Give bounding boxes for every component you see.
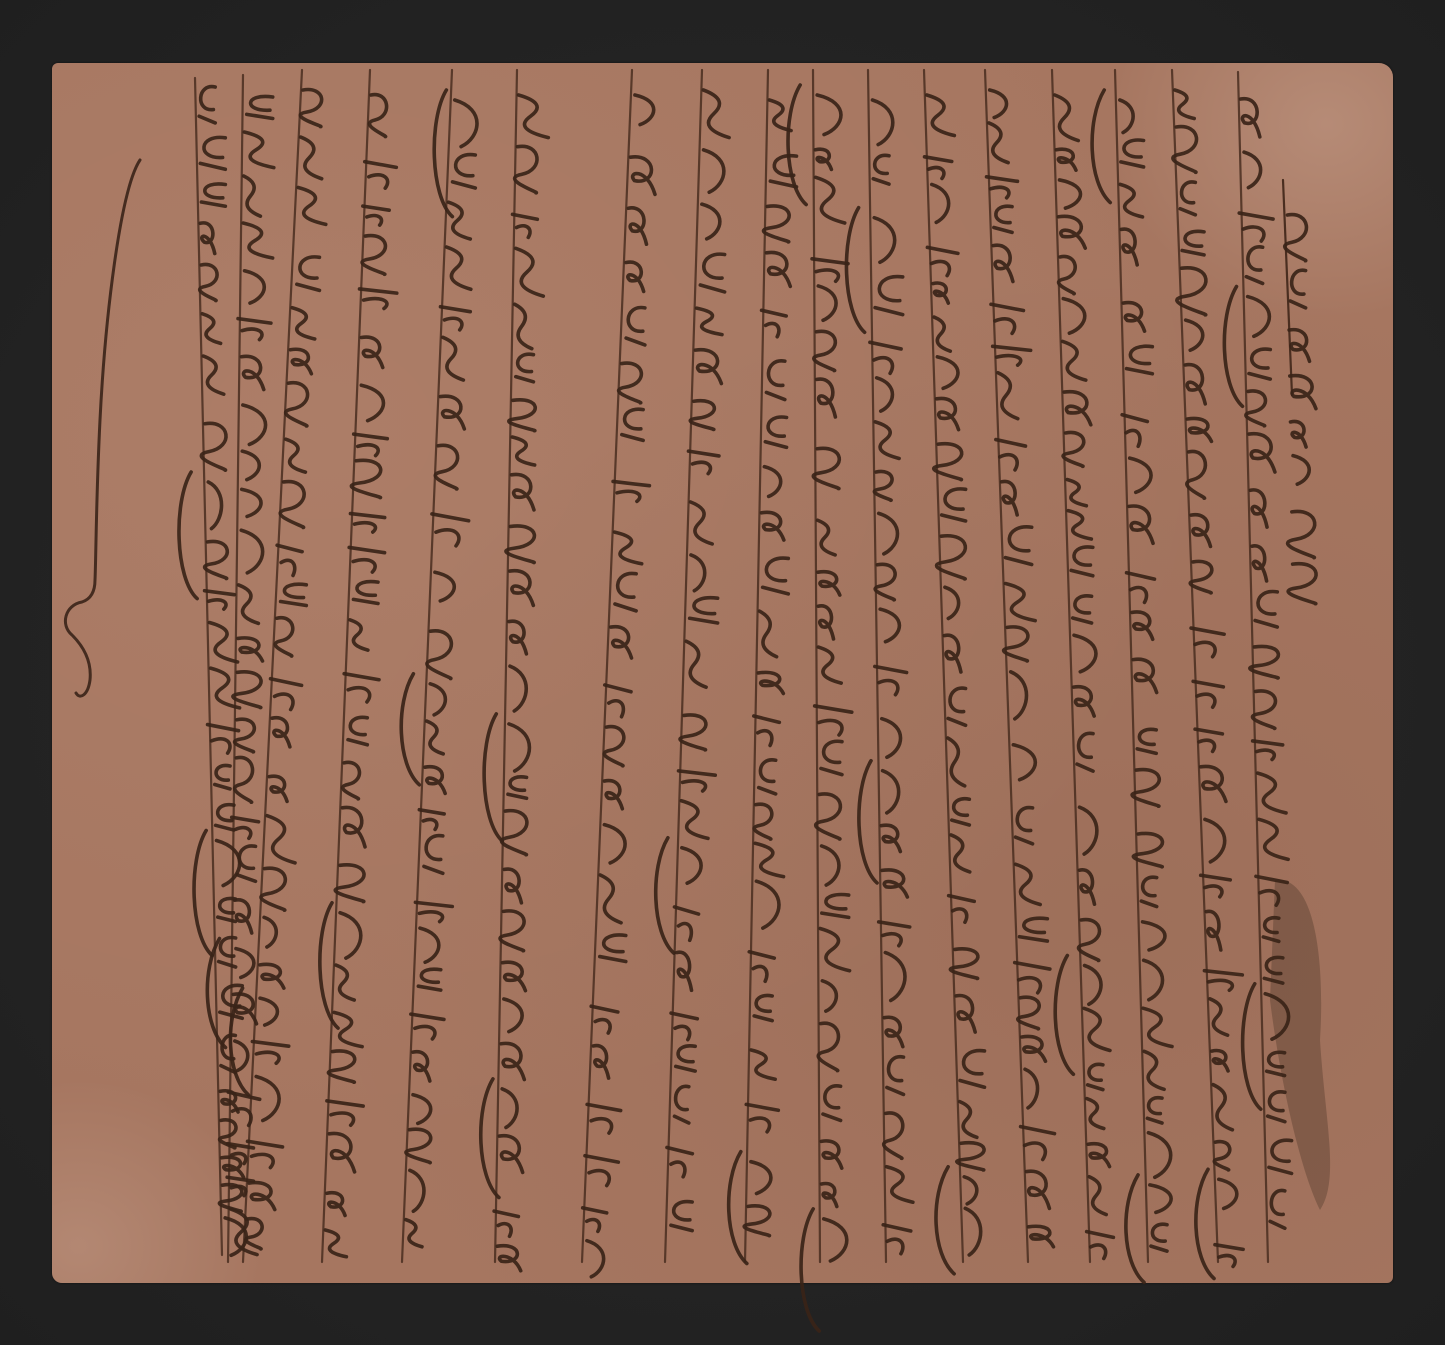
handwritten-glyph: [516, 248, 544, 296]
handwritten-glyph: [453, 155, 476, 188]
handwritten-glyph: [179, 472, 222, 599]
handwritten-glyph: [247, 96, 273, 118]
handwritten-glyph: [677, 952, 692, 990]
handwritten-glyph: [238, 319, 271, 340]
handwritten-glyph: [235, 719, 255, 752]
handwritten-glyph: [1144, 960, 1163, 999]
handwritten-glyph: [671, 1013, 697, 1040]
handwritten-glyph: [1255, 592, 1277, 627]
handwritten-glyph: [1187, 451, 1206, 498]
handwritten-glyph: [245, 271, 265, 303]
handwritten-glyph: [604, 825, 625, 863]
handwritten-glyph: [292, 308, 314, 339]
handwritten-glyph: [202, 314, 220, 344]
handwritten-glyph: [448, 202, 470, 239]
handwritten-glyph: [821, 741, 842, 774]
handwritten-glyph: [754, 716, 780, 745]
handwritten-glyph: [1141, 877, 1156, 906]
handwritten-glyph: [702, 204, 720, 239]
handwritten-glyph: [1241, 99, 1260, 137]
handwritten-glyph: [215, 765, 230, 788]
handwritten-glyph: [241, 356, 263, 389]
handwritten-glyph: [816, 794, 841, 839]
handwritten-glyph: [767, 252, 791, 286]
handwritten-glyph: [937, 357, 958, 389]
handwritten-glyph: [932, 184, 949, 222]
handwritten-glyph: [818, 286, 836, 320]
handwritten-glyph: [873, 155, 889, 184]
handwritten-glyph: [504, 869, 521, 903]
handwritten-glyph: [506, 526, 534, 563]
handwritten-glyph: [361, 337, 382, 367]
handwritten-glyph: [765, 417, 786, 447]
handwritten-glyph: [759, 760, 776, 794]
handwritten-glyph: [760, 611, 777, 657]
handwritten-glyph: [1285, 215, 1307, 261]
handwritten-glyph: [1055, 95, 1078, 141]
handwritten-glyph: [1191, 628, 1224, 657]
handwritten-glyph: [413, 1095, 431, 1124]
handwritten-glyph: [1073, 596, 1092, 623]
handwritten-glyph: [818, 606, 833, 639]
handwritten-glyph: [1129, 506, 1153, 543]
handwritten-glyph: [425, 767, 445, 794]
handwritten-glyph: [1239, 213, 1273, 241]
handwritten-glyph: [818, 1023, 838, 1070]
handwritten-glyph: [600, 935, 626, 962]
handwritten-glyph: [1201, 875, 1231, 897]
handwritten-glyph: [690, 598, 718, 623]
handwritten-glyph: [1074, 687, 1095, 716]
handwritten-glyph: [927, 247, 957, 275]
handwritten-glyph: [628, 208, 646, 244]
handwritten-glyph: [420, 928, 439, 962]
handwritten-glyph: [815, 149, 831, 169]
handwritten-glyph: [286, 439, 306, 472]
handwritten-glyph: [349, 547, 384, 572]
handwritten-glyph: [432, 514, 469, 546]
handwritten-glyph: [365, 162, 397, 188]
handwritten-glyph: [1132, 612, 1153, 639]
handwritten-glyph: [1148, 1133, 1170, 1178]
handwritten-glyph: [1147, 1098, 1162, 1123]
handwritten-glyph: [1002, 481, 1017, 515]
handwritten-glyph: [1020, 918, 1048, 941]
handwritten-glyph: [362, 236, 385, 275]
handwritten-glyph: [1025, 1069, 1037, 1108]
handwritten-glyph: [1133, 659, 1156, 692]
handwritten-glyph: [879, 922, 910, 946]
handwritten-glyph: [675, 1086, 689, 1123]
handwritten-glyph: [205, 541, 228, 578]
handwritten-glyph: [1143, 922, 1165, 950]
handwritten-glyph: [697, 308, 722, 334]
handwritten-glyph: [1005, 527, 1031, 565]
handwritten-glyph: [290, 349, 311, 374]
handwritten-glyph: [667, 1147, 692, 1176]
handwritten-glyph: [1121, 229, 1137, 265]
handwritten-glyph: [199, 87, 215, 123]
handwritten-glyph: [756, 881, 779, 928]
handwriting-column: [656, 90, 729, 1231]
handwritten-glyph: [695, 350, 721, 384]
handwritten-glyph: [680, 715, 706, 750]
handwritten-glyph: [1064, 392, 1091, 425]
handwritten-glyph: [631, 157, 655, 195]
handwritten-glyph: [758, 672, 783, 693]
handwritten-glyph: [991, 304, 1023, 333]
handwritten-glyph: [1011, 672, 1027, 719]
handwritten-text-columns: [179, 85, 1292, 1331]
handwritten-glyph: [1087, 1099, 1104, 1129]
handwritten-glyph: [443, 337, 464, 380]
handwritten-glyph: [1084, 1008, 1110, 1050]
handwritten-glyph: [510, 666, 526, 711]
handwritten-glyph: [272, 718, 290, 747]
handwritten-glyph: [1068, 511, 1091, 539]
handwritten-glyph: [200, 264, 217, 300]
handwritten-glyph: [233, 672, 261, 708]
handwritten-glyph: [887, 1057, 904, 1095]
handwritten-glyph: [1290, 270, 1305, 308]
handwritten-glyph: [1205, 819, 1225, 861]
handwritten-glyph: [822, 1184, 837, 1207]
handwritten-glyph: [201, 423, 226, 470]
handwritten-glyph: [350, 514, 384, 532]
handwritten-glyph: [411, 1014, 444, 1039]
handwritten-glyph: [1213, 1085, 1232, 1130]
handwritten-glyph: [200, 137, 225, 169]
handwritten-glyph: [1088, 1064, 1103, 1089]
handwritten-glyph: [933, 283, 948, 303]
handwritten-glyph: [1063, 299, 1084, 334]
handwritten-glyph: [264, 917, 276, 947]
handwritten-glyph: [1056, 149, 1076, 170]
handwritten-glyph: [755, 843, 783, 876]
handwritten-glyph: [512, 437, 534, 465]
handwritten-glyph: [875, 564, 895, 600]
handwritten-glyph: [243, 405, 266, 444]
ruled-line: [665, 70, 702, 1262]
handwritten-glyph: [948, 688, 965, 725]
handwritten-glyph: [512, 474, 534, 509]
handwritten-glyph: [880, 609, 899, 642]
handwritten-glyph: [751, 1050, 775, 1079]
handwritten-glyph: [1269, 1140, 1292, 1173]
handwritten-glyph: [277, 545, 302, 575]
handwritten-glyph: [1289, 330, 1309, 362]
handwritten-glyph: [241, 530, 262, 573]
handwritten-glyph: [335, 865, 364, 902]
handwritten-glyph: [267, 816, 295, 863]
handwritten-glyph: [427, 631, 451, 679]
handwritten-glyph: [1077, 733, 1093, 771]
handwritten-glyph: [261, 868, 285, 910]
handwritten-glyph: [754, 995, 772, 1020]
handwritten-glyph: [626, 308, 645, 345]
handwritten-glyph: [993, 346, 1031, 365]
handwritten-glyph: [936, 1167, 977, 1274]
handwritten-glyph: [242, 451, 259, 480]
handwritten-glyph: [1212, 1051, 1228, 1071]
handwritten-glyph: [1191, 515, 1210, 547]
handwritten-glyph: [875, 277, 903, 315]
handwritten-glyph: [1004, 627, 1028, 661]
handwritten-glyph: [987, 177, 1018, 198]
handwritten-glyph: [1059, 216, 1086, 248]
handwritten-glyph: [1175, 90, 1194, 119]
handwritten-glyph: [406, 1129, 431, 1163]
handwritten-glyph: [510, 571, 534, 606]
handwritten-glyph: [440, 396, 464, 429]
handwritten-glyph: [703, 90, 729, 138]
handwritten-glyph: [619, 363, 642, 403]
handwritten-glyph: [239, 585, 259, 623]
handwritten-glyph: [998, 373, 1018, 419]
handwritten-glyph: [1185, 365, 1205, 404]
handwritten-glyph: [327, 1193, 345, 1216]
handwritten-glyph: [952, 799, 970, 825]
handwritten-glyph: [1253, 741, 1283, 760]
handwritten-glyph: [235, 1041, 248, 1070]
handwritten-glyph: [690, 401, 714, 430]
handwritten-glyph: [823, 1086, 841, 1121]
handwritten-glyph: [1130, 458, 1151, 492]
handwritten-glyph: [1201, 766, 1226, 801]
handwritten-glyph: [413, 1052, 430, 1081]
handwritten-glyph: [361, 385, 383, 420]
handwritten-glyph: [1074, 635, 1096, 672]
handwritten-glyph: [301, 137, 322, 179]
handwritten-glyph: [503, 962, 526, 990]
handwritten-glyph: [248, 1141, 283, 1167]
handwritten-glyph: [447, 247, 471, 289]
handwritten-glyph: [1259, 819, 1288, 859]
handwritten-glyph: [354, 434, 388, 455]
handwritten-glyph: [681, 801, 708, 839]
handwritten-glyph: [519, 95, 549, 138]
handwritten-glyph: [611, 627, 632, 658]
handwritten-glyph: [1250, 490, 1267, 527]
handwritten-glyph: [363, 206, 389, 225]
handwritten-glyph: [587, 1104, 621, 1133]
handwritten-glyph: [604, 781, 622, 809]
handwritten-glyph: [764, 206, 790, 242]
handwritten-glyph: [513, 214, 538, 237]
ruled-line: [195, 78, 222, 1255]
handwritten-glyph: [1079, 920, 1100, 961]
handwritten-glyph: [1126, 1175, 1171, 1282]
handwritten-glyph: [435, 572, 454, 601]
handwritten-glyph: [691, 502, 713, 544]
handwritten-glyph: [948, 738, 965, 786]
handwritten-glyph: [348, 717, 367, 744]
handwritten-glyph: [1015, 963, 1050, 993]
handwritten-glyph: [884, 1017, 903, 1046]
handwritten-glyph: [674, 907, 698, 940]
handwritten-glyph: [945, 587, 959, 618]
handwritten-glyph: [1193, 681, 1223, 707]
handwritten-glyph: [494, 1211, 518, 1236]
handwritten-glyph: [994, 206, 1012, 232]
handwriting-column: [846, 100, 912, 1254]
handwritten-glyph: [817, 379, 836, 417]
handwritten-glyph: [209, 623, 237, 662]
handwritten-glyph: [1270, 1191, 1285, 1229]
handwritten-glyph: [600, 875, 621, 923]
handwritten-glyph: [583, 1208, 607, 1232]
handwritten-glyph: [249, 1183, 275, 1210]
handwritten-glyph: [613, 481, 649, 501]
handwritten-glyph: [1089, 1177, 1106, 1215]
handwritten-glyph: [269, 776, 287, 801]
handwritten-glyph: [925, 157, 952, 179]
handwritten-glyph: [252, 1042, 288, 1064]
handwritten-glyph: [1246, 247, 1262, 284]
handwritten-glyph: [1252, 546, 1267, 581]
handwriting-column: [583, 95, 655, 1277]
handwritten-glyph: [329, 1133, 354, 1171]
ruled-line: [745, 70, 768, 1262]
handwritten-glyph: [1268, 1092, 1285, 1122]
handwriting-column: [481, 95, 549, 1271]
handwritten-glyph: [1182, 231, 1204, 255]
handwritten-glyph: [497, 1246, 520, 1271]
handwritten-glyph: [1067, 480, 1086, 506]
handwritten-glyph: [343, 762, 360, 798]
handwritten-glyph: [704, 150, 724, 192]
ruled-line: [322, 70, 370, 1262]
handwritten-glyph: [342, 807, 365, 846]
handwritten-glyph: [1215, 1245, 1243, 1267]
handwritten-glyph: [1246, 391, 1266, 426]
handwritten-glyph: [822, 895, 849, 918]
handwriting-column: [1173, 90, 1243, 1278]
handwritten-glyph: [990, 90, 1007, 118]
handwritten-glyph: [1290, 376, 1316, 409]
handwritten-glyph: [1016, 864, 1041, 904]
handwritten-glyph: [615, 532, 642, 564]
handwritten-glyph: [1059, 256, 1076, 293]
handwritten-glyph: [1151, 1224, 1167, 1251]
handwritten-glyph: [1055, 955, 1101, 1074]
handwritten-glyph: [746, 1104, 778, 1131]
handwritten-glyph: [1022, 1036, 1046, 1061]
handwritten-glyph: [515, 304, 532, 348]
ruled-line: [582, 70, 632, 1262]
handwritten-glyph: [1190, 561, 1212, 592]
handwritten-glyph: [300, 90, 321, 127]
handwritten-glyph: [1123, 303, 1144, 332]
handwritten-glyph: [937, 398, 959, 429]
handwritten-glyph: [821, 1141, 842, 1168]
handwritten-glyph: [818, 572, 840, 595]
handwritten-glyph: [1143, 1008, 1172, 1046]
handwritten-glyph: [676, 1046, 695, 1071]
handwritten-glyph: [1080, 807, 1097, 854]
handwritten-glyph: [297, 257, 320, 291]
handwritten-glyph: [956, 996, 975, 1033]
handwritten-glyph: [360, 289, 397, 309]
ruled-lines: [195, 70, 1268, 1262]
handwriting-column: [230, 90, 325, 1249]
handwritten-glyph: [435, 445, 457, 489]
handwritten-glyph: [1288, 564, 1316, 604]
handwritten-glyph: [1016, 808, 1033, 844]
handwritten-glyph: [1063, 432, 1084, 466]
handwritten-glyph: [1006, 584, 1036, 621]
handwritten-glyph: [989, 123, 1008, 163]
handwritten-glyph: [604, 727, 624, 766]
signature-flourish: [65, 160, 140, 696]
handwritten-glyph: [275, 618, 292, 656]
handwritten-glyph: [271, 679, 302, 710]
handwritten-glyph: [1144, 1051, 1164, 1089]
handwritten-glyph: [260, 964, 284, 988]
handwritten-glyph: [951, 835, 970, 872]
handwritten-glyph: [744, 1206, 770, 1236]
handwritten-glyph: [679, 771, 716, 791]
handwritten-glyph: [605, 685, 631, 717]
handwritten-glyph: [1180, 182, 1195, 215]
handwritten-glyph: [344, 674, 379, 702]
handwritten-glyph: [813, 448, 839, 488]
handwritten-glyph: [508, 777, 527, 798]
handwritten-glyph: [942, 489, 966, 521]
handwritten-glyph: [944, 635, 961, 672]
handwritten-glyph: [427, 721, 444, 754]
handwritten-glyph: [818, 647, 841, 683]
handwritten-glyph: [820, 928, 850, 970]
ruled-line: [813, 70, 820, 1262]
handwritten-glyph: [957, 1143, 984, 1170]
handwritten-glyph: [369, 95, 386, 137]
handwritten-glyph: [1214, 1142, 1229, 1170]
handwritten-glyph: [1088, 1144, 1109, 1167]
handwritten-glyph: [1029, 1226, 1054, 1247]
handwritten-glyph: [205, 591, 235, 609]
handwritten-glyph: [965, 1208, 980, 1255]
handwritten-glyph: [424, 836, 443, 874]
handwritten-glyph: [1060, 180, 1081, 208]
handwritten-glyph: [410, 1170, 424, 1211]
handwritten-glyph: [879, 513, 898, 554]
handwritten-glyph: [626, 262, 644, 291]
handwritten-glyph: [336, 965, 354, 1000]
handwritten-glyph: [242, 489, 261, 516]
handwritten-glyph: [870, 342, 901, 373]
handwritten-glyph: [502, 811, 527, 855]
handwriting-column: [320, 95, 397, 1257]
handwritten-glyph: [585, 1156, 618, 1186]
handwritten-glyph: [815, 706, 852, 735]
handwritten-glyph: [883, 1225, 910, 1254]
handwritten-glyph: [1187, 418, 1211, 441]
handwritten-glyph: [222, 1157, 244, 1177]
handwritten-glyph: [591, 1006, 618, 1033]
handwritten-glyph: [286, 383, 308, 426]
handwritten-glyph: [415, 902, 452, 921]
handwritten-glyph: [1293, 456, 1309, 485]
handwritten-glyph: [504, 999, 522, 1032]
handwritten-glyph: [418, 969, 440, 990]
handwritten-glyph: [814, 331, 836, 370]
handwritten-glyph: [872, 100, 892, 145]
handwritten-glyph: [280, 482, 304, 528]
handwritten-glyph: [762, 310, 787, 336]
handwritten-glyph: [243, 223, 272, 258]
handwritten-glyph: [440, 307, 470, 330]
